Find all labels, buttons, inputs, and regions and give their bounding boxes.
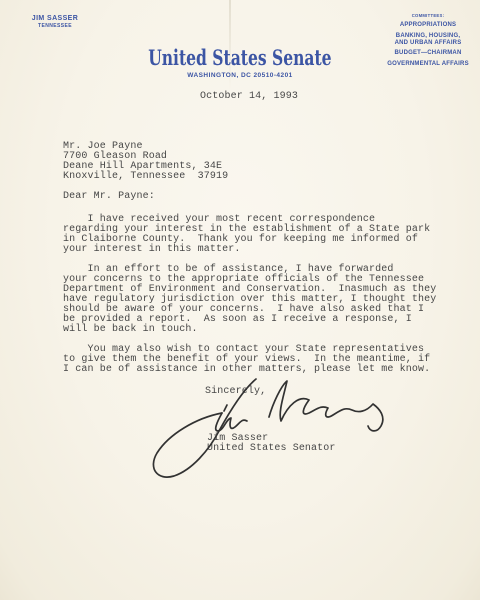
committee-appropriations: APPROPRIATIONS [383, 22, 473, 29]
paragraph-3: You may also wish to contact your State … [63, 345, 430, 375]
masthead: United States Senate WASHINGTON, DC 2051… [0, 46, 480, 79]
handwritten-signature [130, 376, 400, 486]
senate-title: United States Senate [148, 46, 331, 70]
committees-label: COMMITTEES: [383, 13, 473, 18]
sender-state: TENNESSEE [20, 23, 90, 29]
letter-page: JIM SASSER TENNESSEE COMMITTEES: APPROPR… [0, 0, 480, 600]
letterhead-sender: JIM SASSER TENNESSEE [20, 15, 90, 29]
paragraph-1: I have received your most recent corresp… [63, 215, 430, 255]
sender-name: JIM SASSER [20, 15, 90, 22]
recipient-address: Mr. Joe Payne 7700 Gleason Road Deane Hi… [63, 142, 228, 182]
letter-date: October 14, 1993 [200, 92, 298, 102]
salutation: Dear Mr. Payne: [63, 192, 155, 202]
committee-banking-housing: BANKING, HOUSING, AND URBAN AFFAIRS [383, 33, 473, 47]
senate-office-address: WASHINGTON, DC 20510-4201 [0, 72, 480, 79]
paragraph-2: In an effort to be of assistance, I have… [63, 265, 436, 335]
